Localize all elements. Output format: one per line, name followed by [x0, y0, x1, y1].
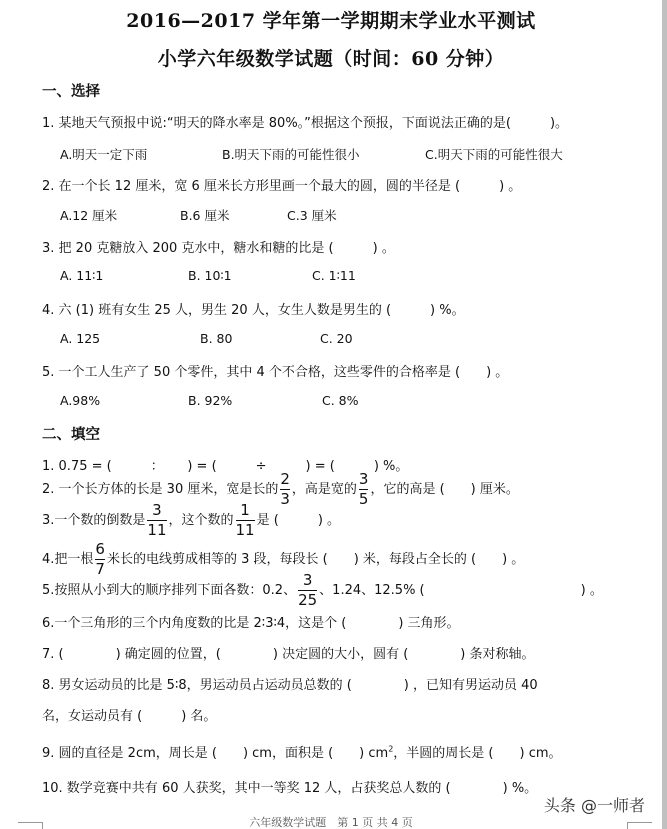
option-a: A.12 厘米 [60, 206, 117, 224]
exam-subtitle: 小学六年级数学试题（时间：60 分钟） [0, 44, 662, 71]
option-b: B. 10∶1 [188, 268, 232, 283]
page-footer: 六年级数学试题 第 1 页 共 4 页 [0, 814, 662, 829]
option-a: A.98% [60, 393, 100, 408]
fill-question-6: 6.一个三角形的三个内角度数的比是 2∶3∶4，这是个 ( ) 三角形。 [42, 612, 460, 631]
fill-question-10: 10. 数学竞赛中共有 60 人获奖，其中一等奖 12 人，占获奖总人数的 ( … [42, 777, 537, 796]
fraction: 325 [298, 573, 317, 608]
fraction: 111 [236, 503, 255, 538]
fill-question-5: 5.按照从小到大的顺序排列下面各数：0.2、325、1.24、12.5% ( )… [42, 573, 603, 608]
fill-question-4: 4.把一根67米长的电线剪成相等的 3 段，每段长 ( ) 米，每段占全长的 (… [42, 542, 524, 577]
section-heading-choice: 一、选择 [42, 80, 100, 101]
option-b: B. 92% [188, 393, 232, 408]
question-5: 5. 一个工人生产了 50 个零件，其中 4 个不合格，这些零件的合格率是 ( … [42, 361, 508, 380]
option-a: A. 125 [60, 331, 100, 346]
fill-question-3: 3.一个数的倒数是311，这个数的111是 ( ) 。 [42, 503, 340, 538]
question-4: 4. 六 (1) 班有女生 25 人，男生 20 人，女生人数是男生的 ( ) … [42, 299, 465, 318]
option-c: C. 1∶11 [312, 268, 356, 283]
fill-question-9: 9. 圆的直径是 2cm，周长是 ( ) cm，面积是 ( ) cm2，半圆的周… [42, 742, 562, 761]
fraction: 23 [280, 472, 290, 507]
page-corner-mark [18, 822, 43, 829]
question-1: 1. 某地天气预报中说:“明天的降水率是 80%。”根据这个预报，下面说法正确的… [42, 112, 568, 131]
option-b: B.6 厘米 [180, 206, 229, 224]
fill-question-7: 7. ( ) 确定圆的位置，( ) 决定圆的大小，圆有 ( ) 条对称轴。 [42, 643, 535, 662]
scrollbar[interactable] [662, 0, 667, 829]
option-c: C. 20 [320, 331, 353, 346]
fill-question-8: 8. 男女运动员的比是 5∶8，男运动员占运动员总数的 ( ) ，已知有男运动员… [42, 674, 538, 693]
option-b: B. 80 [200, 331, 232, 346]
option-c: C.3 厘米 [287, 206, 337, 224]
watermark: 头条 @一师者 [544, 793, 645, 816]
question-2: 2. 在一个长 12 厘米，宽 6 厘米长方形里画一个最大的圆，圆的半径是 ( … [42, 175, 521, 194]
section-heading-fill: 二、填空 [42, 423, 100, 444]
fraction: 311 [147, 503, 166, 538]
fraction: 67 [95, 542, 105, 577]
fill-question-8-cont: 名，女运动员有 ( ) 名。 [42, 705, 216, 724]
option-b: B.明天下雨的可能性很小 [222, 145, 360, 163]
option-a: A. 11∶1 [60, 268, 103, 283]
fraction: 35 [359, 472, 369, 507]
exam-title: 2016—2017 学年第一学期期末学业水平测试 [0, 6, 662, 33]
option-c: C.明天下雨的可能性很大 [425, 145, 563, 163]
question-3: 3. 把 20 克糖放入 200 克水中，糖水和糖的比是 ( ) 。 [42, 237, 395, 256]
fill-question-2: 2. 一个长方体的长是 30 厘米，宽是长的23，高是宽的35，它的高是 ( )… [42, 472, 519, 507]
page-corner-mark [627, 822, 652, 829]
option-c: C. 8% [322, 393, 359, 408]
option-a: A.明天一定下雨 [60, 145, 147, 163]
